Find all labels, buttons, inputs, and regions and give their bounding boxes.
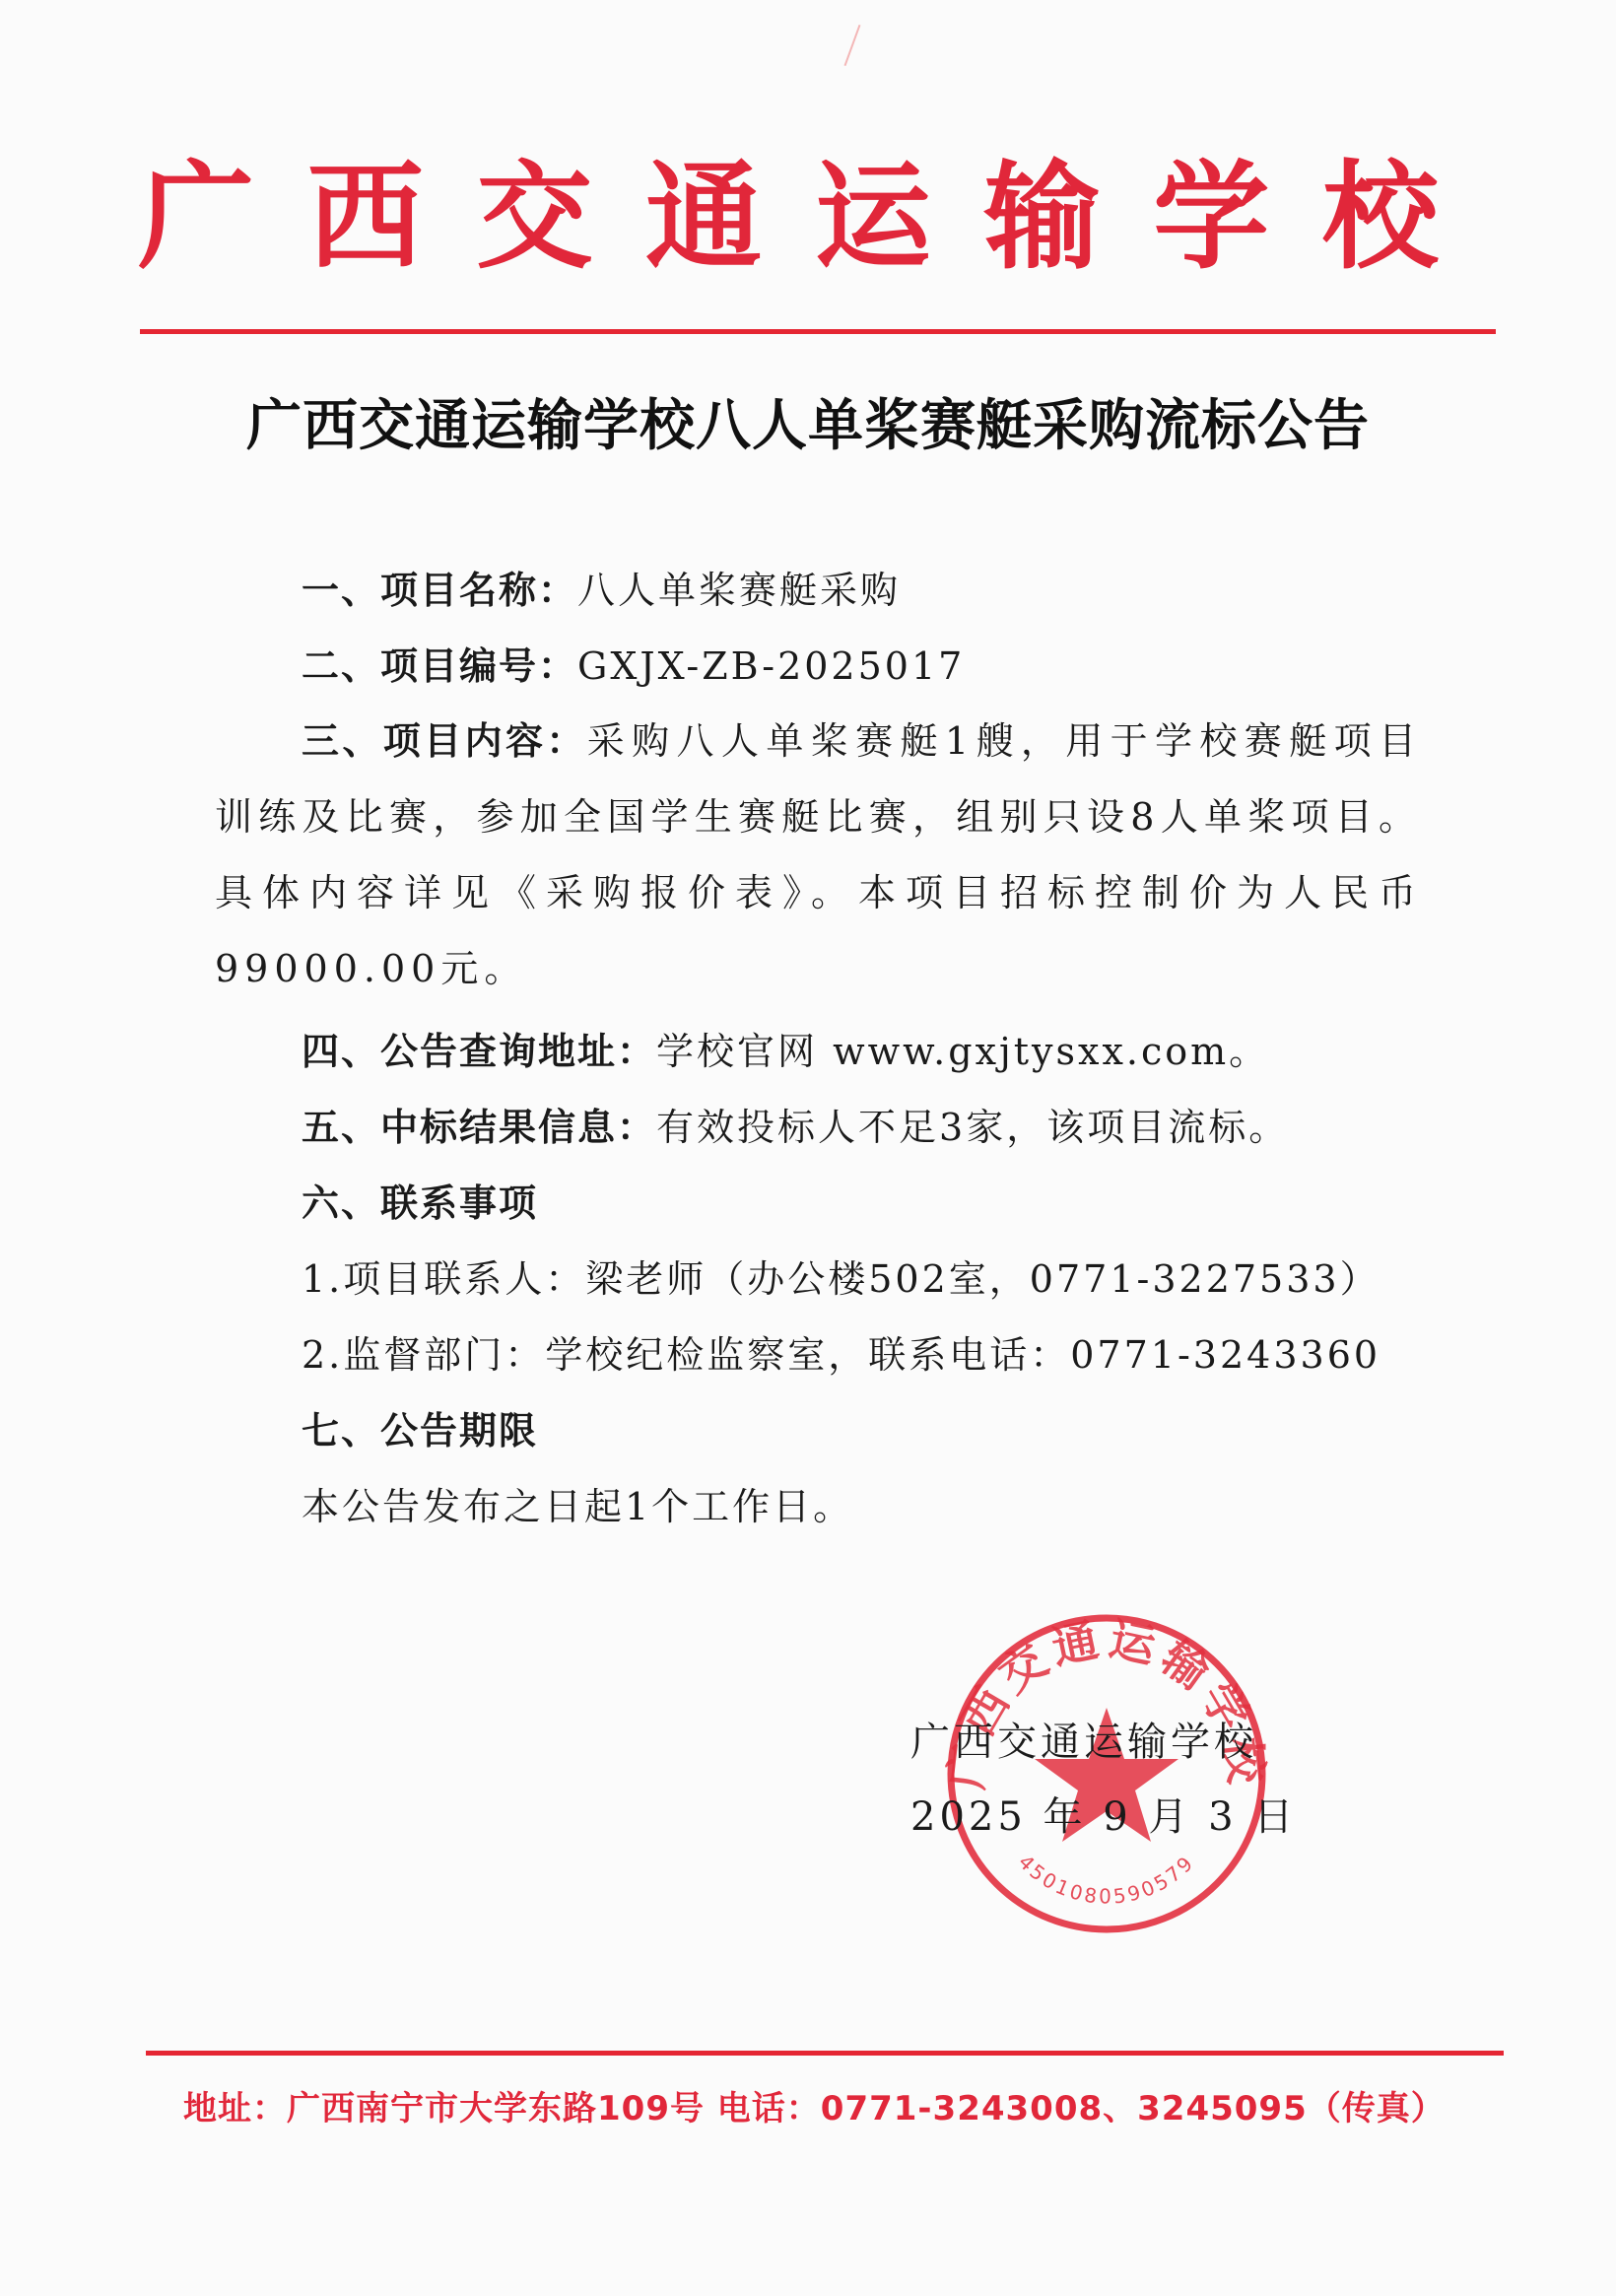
contact-text: 2.监督部门：学校纪检监察室，联系电话：0771-3243360 <box>302 1333 1380 1377</box>
section-notice-period: 七、公告期限 <box>302 1406 538 1455</box>
letterhead-char: 学 <box>1153 148 1269 286</box>
section-query-address: 四、公告查询地址：学校官网 www.gxjtysxx.com。 <box>302 1027 1269 1076</box>
letterhead-char: 交 <box>476 148 592 286</box>
letterhead-char: 输 <box>984 148 1101 286</box>
footer-address-phone: 地址：广西南宁市大学东路109号 电话：0771-3243008、3245095… <box>183 2081 1446 2129</box>
contact-text: 1.项目联系人：梁老师（办公楼502室，0771-3227533） <box>302 1257 1380 1301</box>
section-label: 一、项目名称： <box>302 569 577 612</box>
svg-text:4501080590579: 4501080590579 <box>1014 1850 1199 1908</box>
section-label: 五、中标结果信息： <box>302 1106 656 1149</box>
section-value: 本公告发布之日起1个工作日。 <box>302 1485 853 1528</box>
letterhead-char: 西 <box>307 148 424 286</box>
section-value: 有效投标人不足3家，该项目流标。 <box>656 1106 1289 1149</box>
contact-item: 2.监督部门：学校纪检监察室，联系电话：0771-3243360 <box>302 1330 1380 1380</box>
section-label: 六、联系事项 <box>302 1182 538 1225</box>
footer-divider <box>146 2051 1504 2056</box>
section-label: 三、项目内容： <box>302 719 587 763</box>
document-title: 广西交通运输学校八人单桨赛艇采购流标公告 <box>187 386 1429 465</box>
section-project-content: 三、项目内容：采购八人单桨赛艇1艘，用于学校赛艇项目训练及比赛，参加全国学生赛艇… <box>215 704 1422 1007</box>
scan-mark <box>844 25 861 66</box>
section-project-name: 一、项目名称：八人单桨赛艇采购 <box>302 566 901 615</box>
notice-period-text: 本公告发布之日起1个工作日。 <box>302 1482 853 1531</box>
seal-code: 4501080590579 <box>1014 1850 1199 1908</box>
section-contacts: 六、联系事项 <box>302 1179 538 1228</box>
signature-date: 2025 年 9 月 3 日 <box>910 1791 1297 1843</box>
letterhead-char: 校 <box>1322 148 1439 286</box>
contact-item: 1.项目联系人：梁老师（办公楼502室，0771-3227533） <box>302 1254 1380 1304</box>
section-label: 二、项目编号： <box>302 644 577 688</box>
section-label: 四、公告查询地址： <box>302 1030 656 1073</box>
section-project-number: 二、项目编号：GXJX-ZB-2025017 <box>302 642 965 691</box>
letterhead-char: 运 <box>815 148 931 286</box>
official-seal-icon: 广西交通运输学校 4501080590579 <box>944 1611 1269 1936</box>
section-value: 学校官网 www.gxjtysxx.com。 <box>656 1030 1269 1073</box>
section-bid-result: 五、中标结果信息：有效投标人不足3家，该项目流标。 <box>302 1103 1289 1152</box>
section-label: 七、公告期限 <box>302 1409 538 1452</box>
letterhead-divider <box>140 329 1496 334</box>
letterhead-school-name: 广 西 交 通 运 输 学 校 <box>138 148 1439 286</box>
section-value: GXJX-ZB-2025017 <box>577 644 965 688</box>
section-value: 八人单桨赛艇采购 <box>577 569 901 612</box>
letterhead-char: 广 <box>138 148 254 286</box>
letterhead-char: 通 <box>645 148 762 286</box>
signature-org: 广西交通运输学校 <box>910 1717 1257 1768</box>
